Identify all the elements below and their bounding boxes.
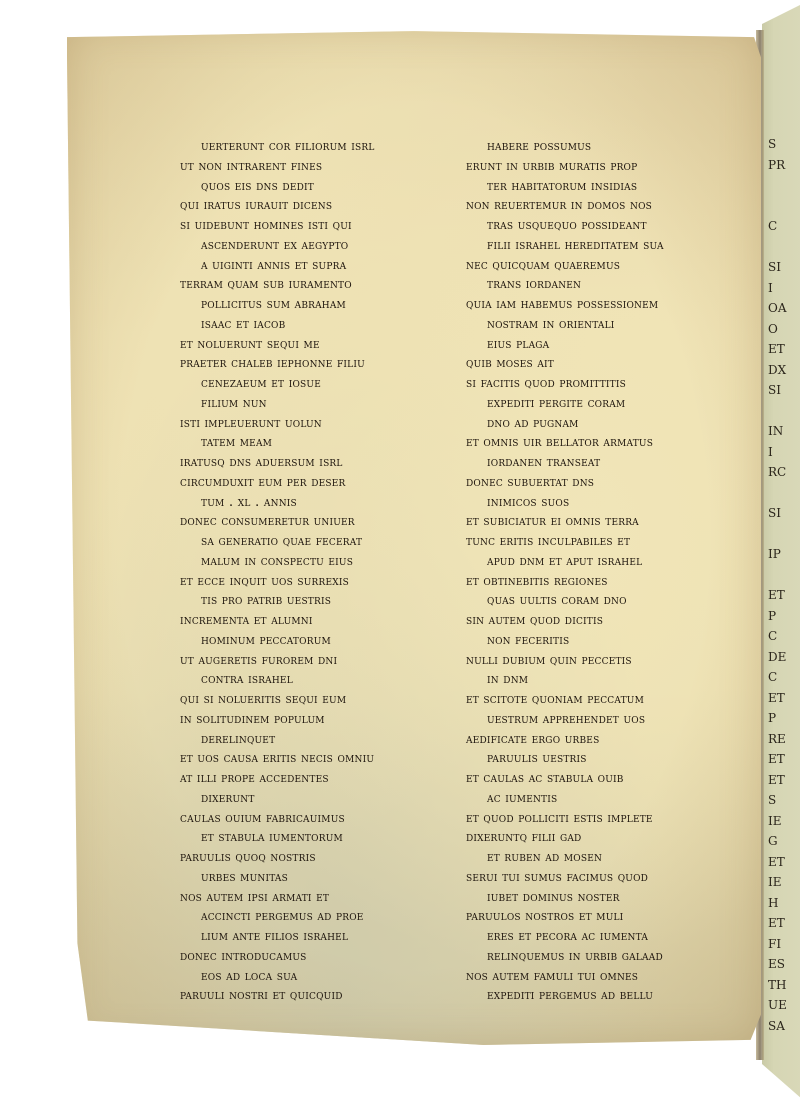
text-line: TERRAM QUAM SUB IURAMENTO [180,275,455,295]
text-line: QUOS EIS DNS DEDIT [180,177,455,197]
text-line: UESTRUM APPREHENDET UOS [466,710,746,730]
text-line: AT ILLI PROPE ACCEDENTES [180,769,455,789]
facing-page-fragment: ES [768,954,787,975]
facing-page-fragment: IE [768,872,787,893]
facing-page-fragment [768,401,787,422]
text-line: URBES MUNITAS [180,868,455,888]
facing-page-fragment: SI [768,380,787,401]
text-line: TATEM MEAM [180,433,455,453]
text-line: QUI IRATUS IURAUIT DICENS [180,196,455,216]
text-line: A UIGINTI ANNIS ET SUPRA [180,256,455,276]
text-line: QUIA IAM HABEMUS POSSESSIONEM [466,295,746,315]
text-line: ET RUBEN AD MOSEN [466,848,746,868]
facing-page-fragment: IE [768,811,787,832]
facing-page-fragment: ET [768,339,787,360]
text-line: PRAETER CHALEB IEPHONNE FILIU [180,354,455,374]
facing-page-fragment [768,175,787,196]
text-line: EXPEDITI PERGITE CORAM [466,394,746,414]
text-line: DNO AD PUGNAM [466,414,746,434]
text-line: RELINQUEMUS IN URBIB GALAAD [466,947,746,967]
text-line: PARUULI NOSTRI ET QUICQUID [180,986,455,1006]
text-line: IN SOLITUDINEM POPULUM [180,710,455,730]
text-line: TRAS USQUEQUO POSSIDEANT [466,216,746,236]
facing-page-fragment: S [768,790,787,811]
text-line: TIS PRO PATRIB UESTRIS [180,591,455,611]
text-line: IRATUSQ DNS ADUERSUM ISRL [180,453,455,473]
text-line: NON REUERTEMUR IN DOMOS NOS [466,196,746,216]
text-line: ET NOLUERUNT SEQUI ME [180,335,455,355]
facing-page-fragment: ET [768,585,787,606]
facing-page-fragment: ET [768,770,787,791]
facing-page-fragment: G [768,831,787,852]
facing-page-fragment: OA [768,298,787,319]
text-line: SIN AUTEM QUOD DICITIS [466,611,746,631]
text-line: NON FECERITIS [466,631,746,651]
text-line: CIRCUMDUXIT EUM PER DESER [180,473,455,493]
text-line: ET OBTINEBITIS REGIONES [466,572,746,592]
text-line: NOSTRAM IN ORIENTALI [466,315,746,335]
text-line: CENEZAEUM ET IOSUE [180,374,455,394]
text-line: SA GENERATIO QUAE FECERAT [180,532,455,552]
text-line: FILIUM NUN [180,394,455,414]
text-line: NULLI DUBIUM QUIN PECCETIS [466,651,746,671]
facing-page-fragment: SA [768,1016,787,1037]
facing-page-fragment [768,524,787,545]
text-line: UT AUGERETIS FUROREM DNI [180,651,455,671]
facing-page-fragment: FI [768,934,787,955]
text-line: QUIB MOSES AIT [466,354,746,374]
text-line: APUD DNM ET APUT ISRAHEL [466,552,746,572]
text-line: FILII ISRAHEL HEREDITATEM SUA [466,236,746,256]
facing-page-fragment: PR [768,155,787,176]
text-line: INCREMENTA ET ALUMNI [180,611,455,631]
text-line: LIUM ANTE FILIOS ISRAHEL [180,927,455,947]
text-line: DONEC INTRODUCAMUS [180,947,455,967]
facing-page-text: SPRCSIIOAOETDXSIINIRCSIIPETPCDECETPREETE… [768,134,787,1036]
text-line: ET OMNIS UIR BELLATOR ARMATUS [466,433,746,453]
text-line: ET CAULAS AC STABULA OUIB [466,769,746,789]
facing-page-fragment: S [768,134,787,155]
text-line: DERELINQUET [180,730,455,750]
facing-page-fragment: ET [768,688,787,709]
facing-page-fragment: C [768,667,787,688]
facing-page-fragment: H [768,893,787,914]
text-line: ET QUOD POLLICITI ESTIS IMPLETE [466,809,746,829]
text-line: ET SCITOTE QUONIAM PECCATUM [466,690,746,710]
text-line: ET ECCE INQUIT UOS SURREXIS [180,572,455,592]
text-line: POLLICITUS SUM ABRAHAM [180,295,455,315]
facing-page-fragment: ET [768,749,787,770]
text-line: ACCINCTI PERGEMUS AD PROE [180,907,455,927]
text-line: PARUULIS UESTRIS [466,749,746,769]
text-line: AC IUMENTIS [466,789,746,809]
facing-page-fragment: IP [768,544,787,565]
text-line: TUNC ERITIS INCULPABILES ET [466,532,746,552]
facing-page-fragment: I [768,442,787,463]
text-line: CAULAS OUIUM FABRICAUIMUS [180,809,455,829]
text-line: DIXERUNTQ FILII GAD [466,828,746,848]
facing-page-fragment [768,565,787,586]
text-line: IN DNM [466,670,746,690]
facing-page-fragment: RC [768,462,787,483]
text-line: HOMINUM PECCATORUM [180,631,455,651]
text-line: CONTRA ISRAHEL [180,670,455,690]
facing-page-fragment: SI [768,503,787,524]
facing-page-fragment: I [768,278,787,299]
text-line: HABERE POSSUMUS [466,137,746,157]
text-line: AEDIFICATE ERGO URBES [466,730,746,750]
facing-page-fragment [768,196,787,217]
text-line: NOS AUTEM FAMULI TUI OMNES [466,967,746,987]
facing-page-fragment: IN [768,421,787,442]
text-line: NOS AUTEM IPSI ARMATI ET [180,888,455,908]
text-line: UT NON INTRARENT FINES [180,157,455,177]
text-line: ET SUBICIATUR EI OMNIS TERRA [466,512,746,532]
text-line: ET UOS CAUSA ERITIS NECIS OMNIU [180,749,455,769]
manuscript-viewer: SPRCSIIOAOETDXSIINIRCSIIPETPCDECETPREETE… [0,0,800,1117]
text-line: SI UIDEBUNT HOMINES ISTI QUI [180,216,455,236]
facing-page-fragment: ET [768,852,787,873]
text-line: ISAAC ET IACOB [180,315,455,335]
text-line: MALUM IN CONSPECTU EIUS [180,552,455,572]
text-line: ISTI IMPLEUERUNT UOLUN [180,414,455,434]
text-line: SERUI TUI SUMUS FACIMUS QUOD [466,868,746,888]
right-text-column: HABERE POSSUMUSERUNT IN URBIB MURATIS PR… [466,137,746,1006]
text-line: DIXERUNT [180,789,455,809]
facing-page: SPRCSIIOAOETDXSIINIRCSIIPETPCDECETPREETE… [762,4,800,1099]
text-line: TER HABITATORUM INSIDIAS [466,177,746,197]
facing-page-fragment: DE [768,647,787,668]
text-line: UERTERUNT COR FILIORUM ISRL [180,137,455,157]
facing-page-fragment [768,483,787,504]
text-line: QUI SI NOLUERITIS SEQUI EUM [180,690,455,710]
left-text-column: UERTERUNT COR FILIORUM ISRLUT NON INTRAR… [180,137,455,1006]
facing-page-fragment: TH [768,975,787,996]
text-line: IORDANEN TRANSEAT [466,453,746,473]
facing-page-fragment: SI [768,257,787,278]
facing-page-fragment: ET [768,913,787,934]
text-line: ET STABULA IUMENTORUM [180,828,455,848]
text-line: EIUS PLAGA [466,335,746,355]
text-line: EXPEDITI PERGEMUS AD BELLU [466,986,746,1006]
text-line: PARUULIS QUOQ NOSTRIS [180,848,455,868]
text-line: QUAS UULTIS CORAM DNO [466,591,746,611]
text-line: DONEC CONSUMERETUR UNIUER [180,512,455,532]
text-line: TRANS IORDANEN [466,275,746,295]
text-line: SI FACITIS QUOD PROMITTITIS [466,374,746,394]
facing-page-fragment: P [768,606,787,627]
text-line: EOS AD LOCA SUA [180,967,455,987]
text-line: TUM . XL . ANNIS [180,493,455,513]
text-line: ASCENDERUNT EX AEGYPTO [180,236,455,256]
facing-page-fragment: DX [768,360,787,381]
text-line: ERES ET PECORA AC IUMENTA [466,927,746,947]
text-line: PARUULOS NOSTROS ET MULI [466,907,746,927]
facing-page-fragment: RE [768,729,787,750]
text-line: IUBET DOMINUS NOSTER [466,888,746,908]
text-line: ERUNT IN URBIB MURATIS PROP [466,157,746,177]
facing-page-fragment: C [768,626,787,647]
text-line: NEC QUICQUAM QUAEREMUS [466,256,746,276]
text-line: DONEC SUBUERTAT DNS [466,473,746,493]
text-line: INIMICOS SUOS [466,493,746,513]
facing-page-fragment: O [768,319,787,340]
facing-page-fragment: UE [768,995,787,1016]
facing-page-fragment: P [768,708,787,729]
facing-page-fragment: C [768,216,787,237]
facing-page-fragment [768,237,787,258]
